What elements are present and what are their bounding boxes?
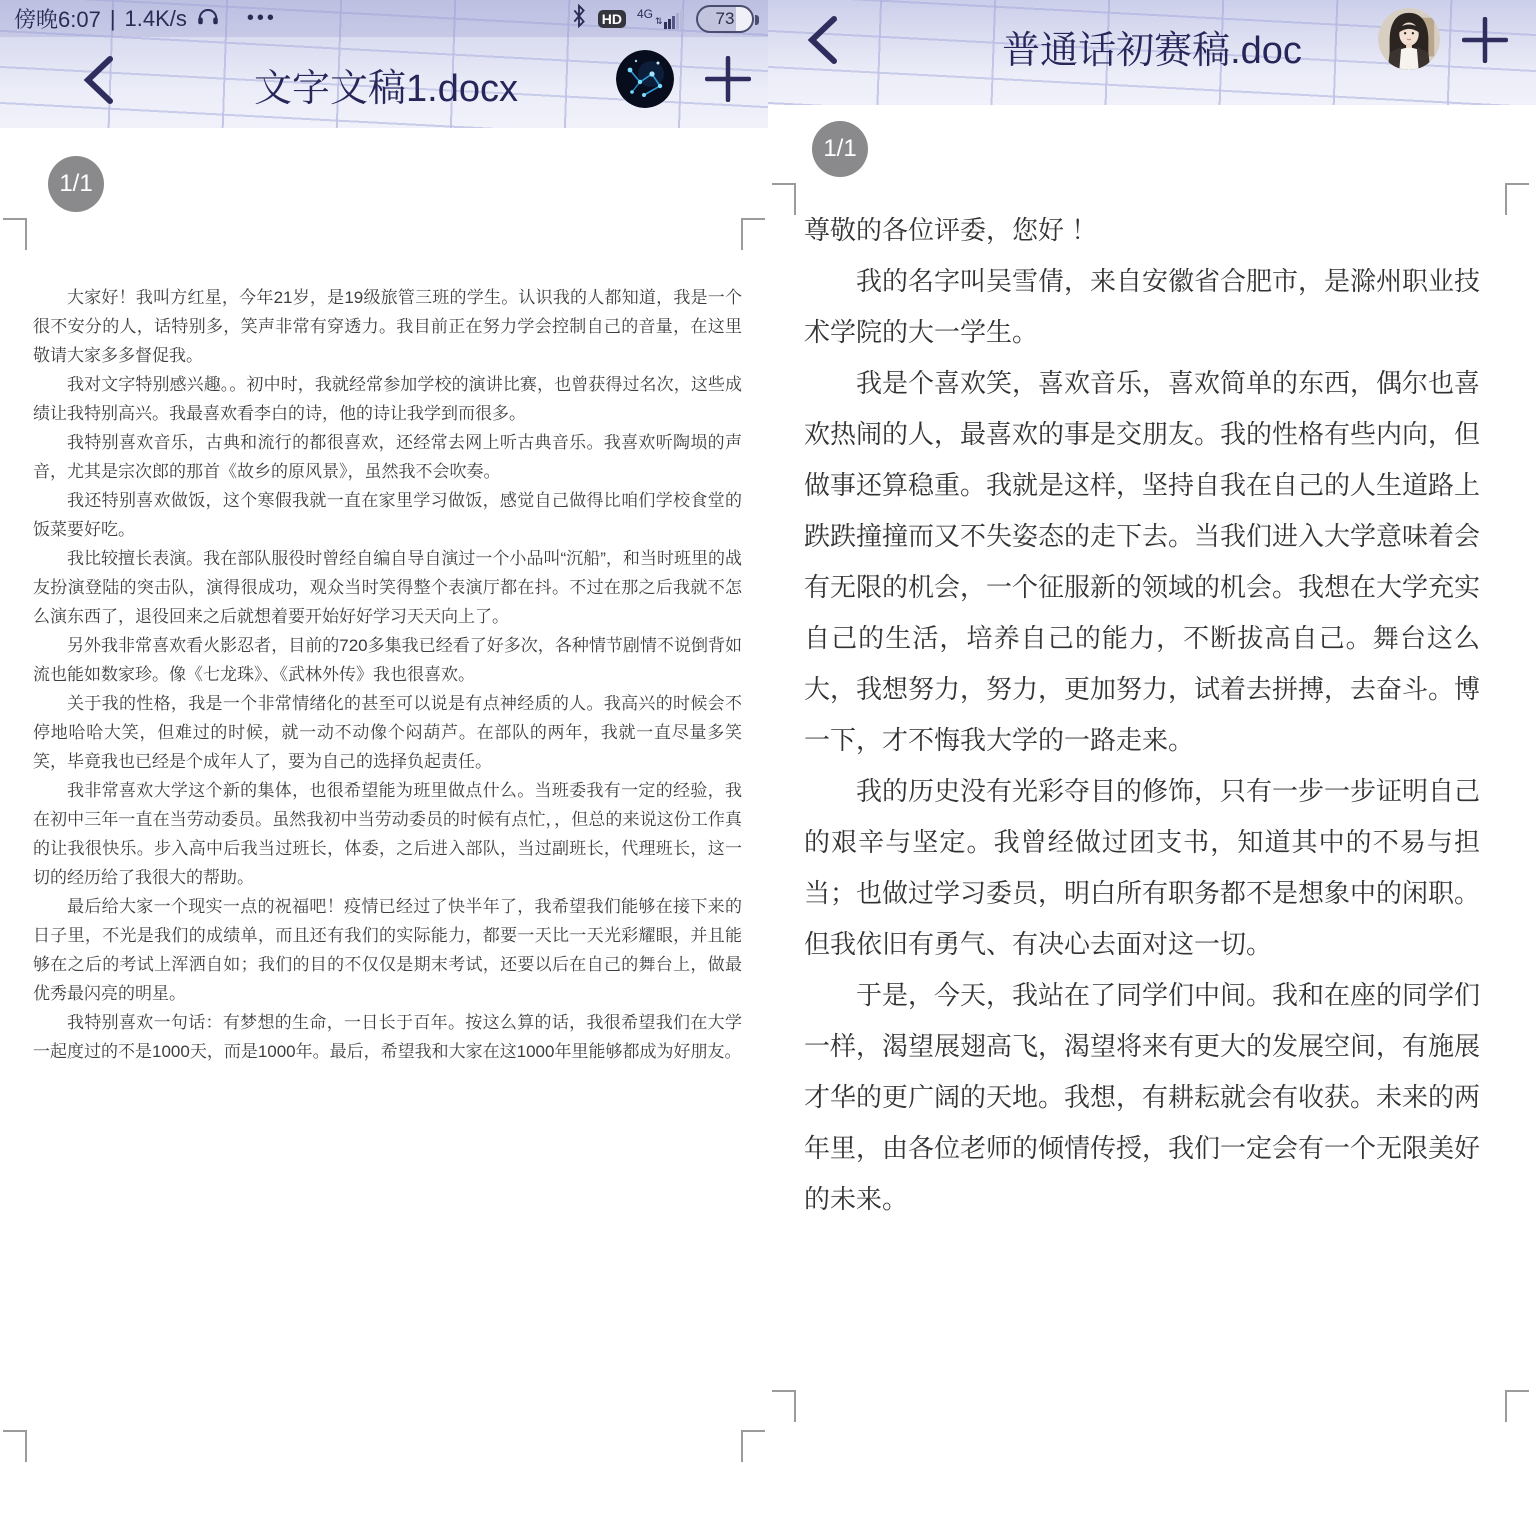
right-document-screen: 普通话初赛稿.doc xyxy=(768,0,1536,1534)
page-corner-mark xyxy=(741,218,765,250)
paragraph: 尊敬的各位评委，您好 ！ xyxy=(804,205,1480,256)
add-button[interactable] xyxy=(1462,17,1508,63)
page-indicator-badge: 1/1 xyxy=(48,156,104,212)
page-corner-mark xyxy=(3,1430,27,1462)
headset-icon xyxy=(196,5,220,33)
galaxy-avatar[interactable] xyxy=(616,50,674,108)
girl-avatar[interactable] xyxy=(1378,8,1440,70)
paragraph: 我的历史没有光彩夺目的修饰，只有一步一步证明自己的艰辛与坚定。我曾经做过团支书，… xyxy=(804,766,1480,970)
page-corner-mark xyxy=(741,1430,765,1462)
document-text[interactable]: 大家好！我叫方红星，今年21岁，是19级旅管三班的学生。认识我的人都知道，我是一… xyxy=(33,283,742,1066)
document-title: 普通话初赛稿.doc xyxy=(1002,19,1302,74)
paragraph: 我特别喜欢音乐，古典和流行的都很喜欢，还经常去网上听古典音乐。我喜欢听陶埙的声音… xyxy=(33,428,742,486)
left-document-screen: 傍晚6:07 | 1.4K/s ••• HD 4G ⇅ xyxy=(0,0,768,1534)
status-time: 傍晚6:07 xyxy=(14,3,101,34)
dual-screenshot-stage: 傍晚6:07 | 1.4K/s ••• HD 4G ⇅ xyxy=(0,0,1536,1534)
paragraph: 我的名字叫吴雪倩，来自安徽省合肥市，是滁州职业技术学院的大一学生。 xyxy=(804,256,1480,358)
network-type-label: 4G xyxy=(637,8,653,20)
hd-badge: HD xyxy=(598,10,626,28)
document-title: 文字文稿1.docx xyxy=(254,57,518,112)
paragraph: 最后给大家一个现实一点的祝福吧！疫情已经过了快半年了，我希望我们能够在接下来的日… xyxy=(33,892,742,1008)
battery-percent: 73 xyxy=(716,9,735,29)
page-corner-mark xyxy=(772,183,796,215)
paragraph: 我对文字特别感兴趣。。初中时，我就经常参加学校的演讲比赛，也曾获得过名次，这些成… xyxy=(33,370,742,428)
paragraph: 大家好！我叫方红星，今年21岁，是19级旅管三班的学生。认识我的人都知道，我是一… xyxy=(33,283,742,370)
page-indicator-badge: 1/1 xyxy=(812,121,868,177)
paragraph: 于是，今天，我站在了同学们中间。我和在座的同学们一样，渴望展翅高飞，渴望将来有更… xyxy=(804,970,1480,1225)
page-corner-mark xyxy=(772,1390,796,1422)
status-bar: 傍晚6:07 | 1.4K/s ••• HD 4G ⇅ xyxy=(0,0,768,37)
bluetooth-icon xyxy=(571,4,587,33)
status-separator: | xyxy=(110,6,116,32)
paragraph: 我特别喜欢一句话：有梦想的生命，一日长于百年。按这么算的话，我很希望我们在大学一… xyxy=(33,1008,742,1066)
back-button[interactable] xyxy=(806,16,846,66)
paragraph: 我还特别喜欢做饭，这个寒假我就一直在家里学习做饭，感觉自己做得比咱们学校食堂的饭… xyxy=(33,486,742,544)
signal-4g-icon: 4G ⇅ xyxy=(637,8,685,30)
page-corner-mark xyxy=(1505,1390,1529,1422)
page-corner-mark xyxy=(1505,183,1529,215)
paragraph: 我是个喜欢笑，喜欢音乐，喜欢简单的东西，偶尔也喜欢热闹的人，最喜欢的事是交朋友。… xyxy=(804,358,1480,766)
paragraph: 我非常喜欢大学这个新的集体，也很希望能为班里做点什么。当班委我有一定的经验，我在… xyxy=(33,776,742,892)
status-more-dots: ••• xyxy=(247,7,277,30)
svg-text:⇅: ⇅ xyxy=(655,16,663,26)
paragraph: 关于我的性格，我是一个非常情绪化的甚至可以说是有点神经质的人。我高兴的时候会不停… xyxy=(33,689,742,776)
document-text[interactable]: 尊敬的各位评委，您好 ！我的名字叫吴雪倩，来自安徽省合肥市，是滁州职业技术学院的… xyxy=(804,205,1480,1225)
status-net-speed: 1.4K/s xyxy=(125,6,187,32)
battery-indicator: 73 xyxy=(696,5,754,33)
page-corner-mark xyxy=(3,218,27,250)
paragraph: 另外我非常喜欢看火影忍者，目前的720多集我已经看了好多次，各种情节剧情不说倒背… xyxy=(33,631,742,689)
add-button[interactable] xyxy=(705,56,751,102)
back-button[interactable] xyxy=(82,56,122,106)
paragraph: 我比较擅长表演。我在部队服役时曾经自编自导自演过一个小品叫“沉船”，和当时班里的… xyxy=(33,544,742,631)
